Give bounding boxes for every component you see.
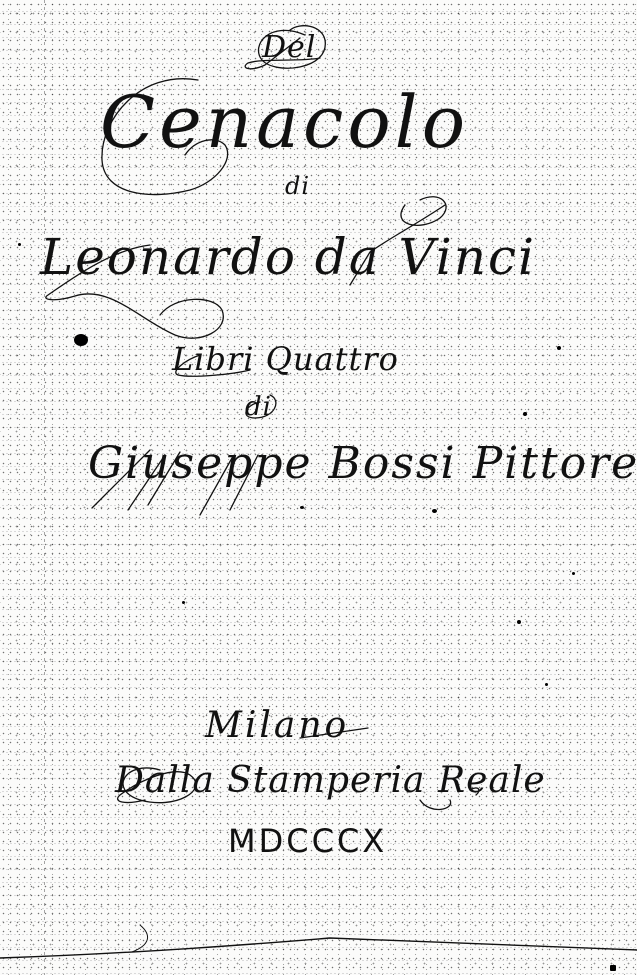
title-leonardo-da-vinci: Leonardo da Vinci	[40, 228, 536, 286]
ink-speck	[432, 509, 437, 513]
ink-speck	[18, 243, 21, 246]
manuscript-page: Del Cenacolo di Leonardo da Vinci Libri …	[0, 0, 637, 975]
ink-speck	[572, 572, 575, 575]
imprint-year: MDCCCX	[228, 822, 387, 860]
ink-speck	[182, 601, 185, 604]
author-name: Giuseppe Bossi Pittore	[88, 438, 637, 489]
ink-speck	[545, 683, 548, 686]
imprint-printer: Dalla Stamperia Reale	[115, 760, 546, 801]
title-del: Del	[262, 30, 316, 65]
ink-speck	[523, 412, 527, 416]
title-di-2: di	[245, 392, 272, 422]
imprint-city: Milano	[205, 705, 349, 746]
title-libri-quattro: Libri Quattro	[172, 340, 399, 378]
ink-speck	[300, 506, 304, 509]
ink-speck	[557, 346, 561, 350]
ink-speck	[517, 620, 521, 624]
left-margin-fold-line	[44, 0, 45, 975]
ink-speck	[610, 965, 616, 971]
title-cenacolo: Cenacolo	[100, 80, 469, 164]
ink-blot	[74, 334, 88, 346]
title-di-1: di	[285, 172, 310, 200]
